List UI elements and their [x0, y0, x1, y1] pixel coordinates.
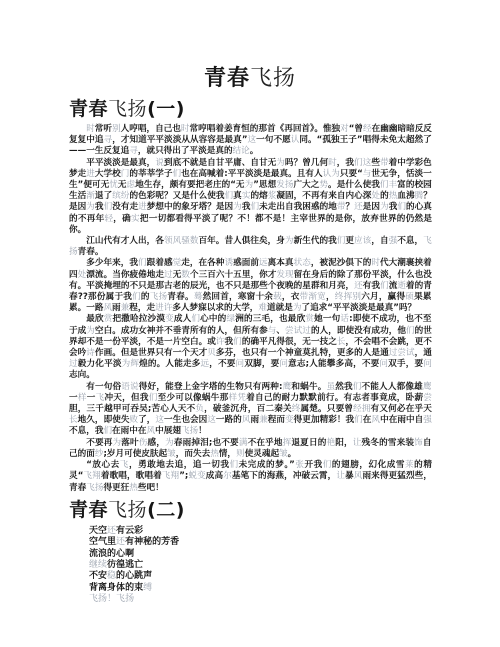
poem-line: 流浪的心啊: [89, 549, 432, 560]
section-one-heading: 青春飞扬(一): [69, 98, 432, 120]
paragraph: 平平淡淡是最真，说到底不就是自甘平庸、自甘无为吗？曾几何时，我们这些带着中学彩色…: [69, 158, 432, 236]
poem-line: 天空还有云彩: [89, 526, 432, 537]
document-page: 青春飞扬 青春飞扬(一) 时常听别人哼唱，自己也时常哼唱着姜育恒的那首《再回首》…: [0, 0, 500, 647]
paragraph: 有一句俗语说得好，能登上金字塔的生物只有两种:鹰和蜗牛。虽然我们不能人人都像雄鹰…: [69, 382, 432, 438]
section-two-heading: 青春飞扬(二): [69, 499, 432, 521]
paragraph: 时常听别人哼唱，自己也时常哼唱着姜育恒的那首《再回首》。惟独对“曾经在幽幽暗暗反…: [69, 124, 432, 158]
section-one: 青春飞扬(一) 时常听别人哼唱，自己也时常哼唱着姜育恒的那首《再回首》。惟独对“…: [69, 98, 432, 494]
paragraph: “放心去飞，勇敢地去追，追一切我们未完成的梦。”张开我们的翅膀，幻化成雪莱的精灵…: [69, 460, 432, 494]
poem-line: 空气里还有神秘的芳香: [89, 537, 432, 548]
poem-line: 不安稳的心跳声: [89, 571, 432, 582]
paragraph: 江山代有才人出，各领风骚数百年。昔人俱往矣，身为新生代的我们更应该，自强不息，飞…: [69, 236, 432, 258]
paragraph: 最欣赏把撒哈拉沙漠变成人们心中的绿洲的三毛，也最欣赏她一句话:即使不成功，也不至…: [69, 314, 432, 381]
poem-line: 背离身体的束缚: [89, 583, 432, 594]
paragraph: 不要再为落叶伤感，为春雨掉泪;也不要满不在乎地挥退夏日的艳阳，让残冬的雪来装饰自…: [69, 438, 432, 460]
poem-line: 继续彷徨逃亡: [89, 560, 432, 571]
document-title: 青春飞扬: [0, 66, 500, 92]
poem: 天空还有云彩 空气里还有神秘的芳香 流浪的心啊 继续彷徨逃亡 不安稳的心跳声 背…: [89, 526, 432, 606]
document-content: 青春飞扬(一) 时常听别人哼唱，自己也时常哼唱着姜育恒的那首《再回首》。惟独对“…: [69, 98, 432, 606]
paragraph: 多少年来，我们跟着感觉走，在各种诱惑面前远离本真状态，被泥沙俱下的时代大潮裹挟着…: [69, 258, 432, 314]
poem-line-final: 飞扬！飞扬: [89, 594, 432, 605]
section-two: 青春飞扬(二) 天空还有云彩 空气里还有神秘的芳香 流浪的心啊 继续彷徨逃亡 不…: [69, 499, 432, 606]
